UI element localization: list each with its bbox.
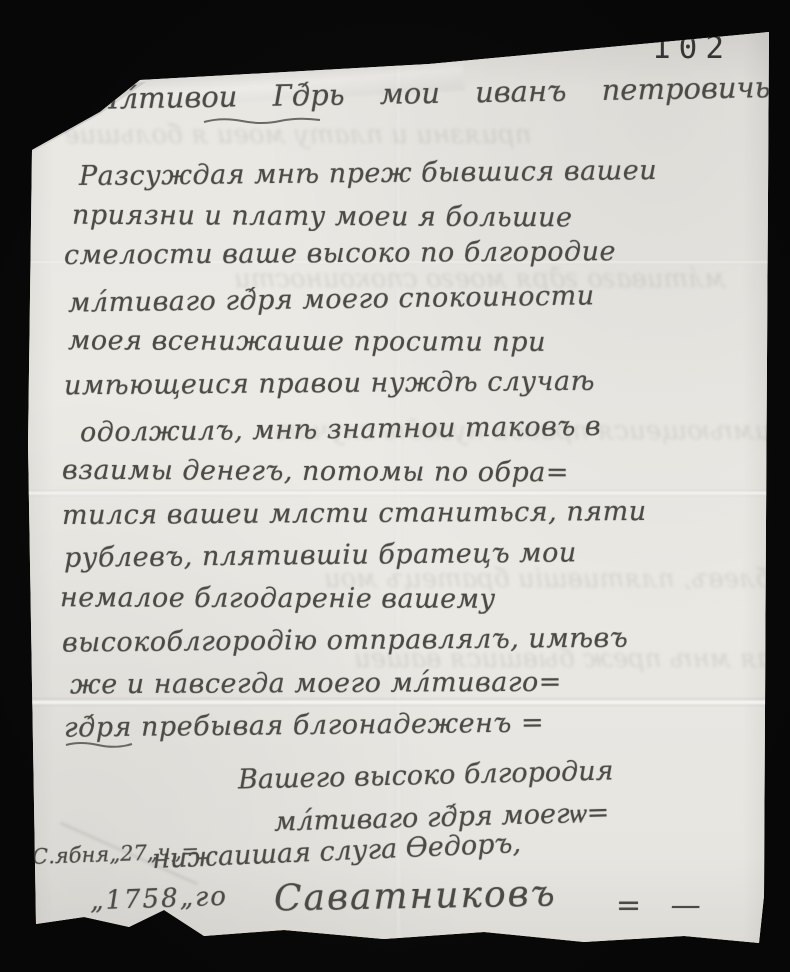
body-line: рублевъ, плятившіи братецъ мои (64, 537, 577, 573)
signature: Саватниковъ (274, 874, 557, 920)
body-line: приязни и плату моеи я большие (72, 200, 573, 234)
crease-horizontal-middle (24, 490, 772, 496)
body-line: мл́тиваго гд́ря моего спокоиности (68, 280, 595, 318)
body-line: смелости ваше высоко по блгородие (64, 236, 616, 271)
manuscript-paper: 102 приязни и плату моеи я большие мл́ти… (24, 24, 772, 949)
body-line: высокоблгородію отправлялъ, имѣвъ (62, 623, 628, 659)
signature-flourish: = — (616, 888, 711, 923)
year-line: „1758„го (90, 882, 229, 917)
body-line: Разсуждая мнѣ преж бывшися вашеи (79, 155, 657, 192)
body-line: немалое блгодареніе вашему (60, 582, 496, 615)
body-line: взаимы денегъ, потомы по обра= (62, 455, 569, 489)
body-line: же и навсегда моего мл́тиваго= (70, 667, 562, 701)
body-line: одолжилъ, мнѣ знатнои таковъ в (80, 411, 601, 448)
body-line: имѣющеися правои нуждѣ случаѣ (64, 366, 595, 402)
body-line: моея всенижаише просити при (68, 325, 546, 358)
body-line: тился вашеи млсти станиться, пяти (62, 496, 647, 531)
bleed-through-text: приязни и плату моеи я большие (64, 120, 532, 150)
closing-line: Вашего высоко блгородия (238, 755, 614, 795)
body-line: гд́ря пребывая блгонадеженъ = (64, 707, 544, 743)
servant-line: нижаишая слуга Ѳедоръ, (151, 828, 521, 875)
